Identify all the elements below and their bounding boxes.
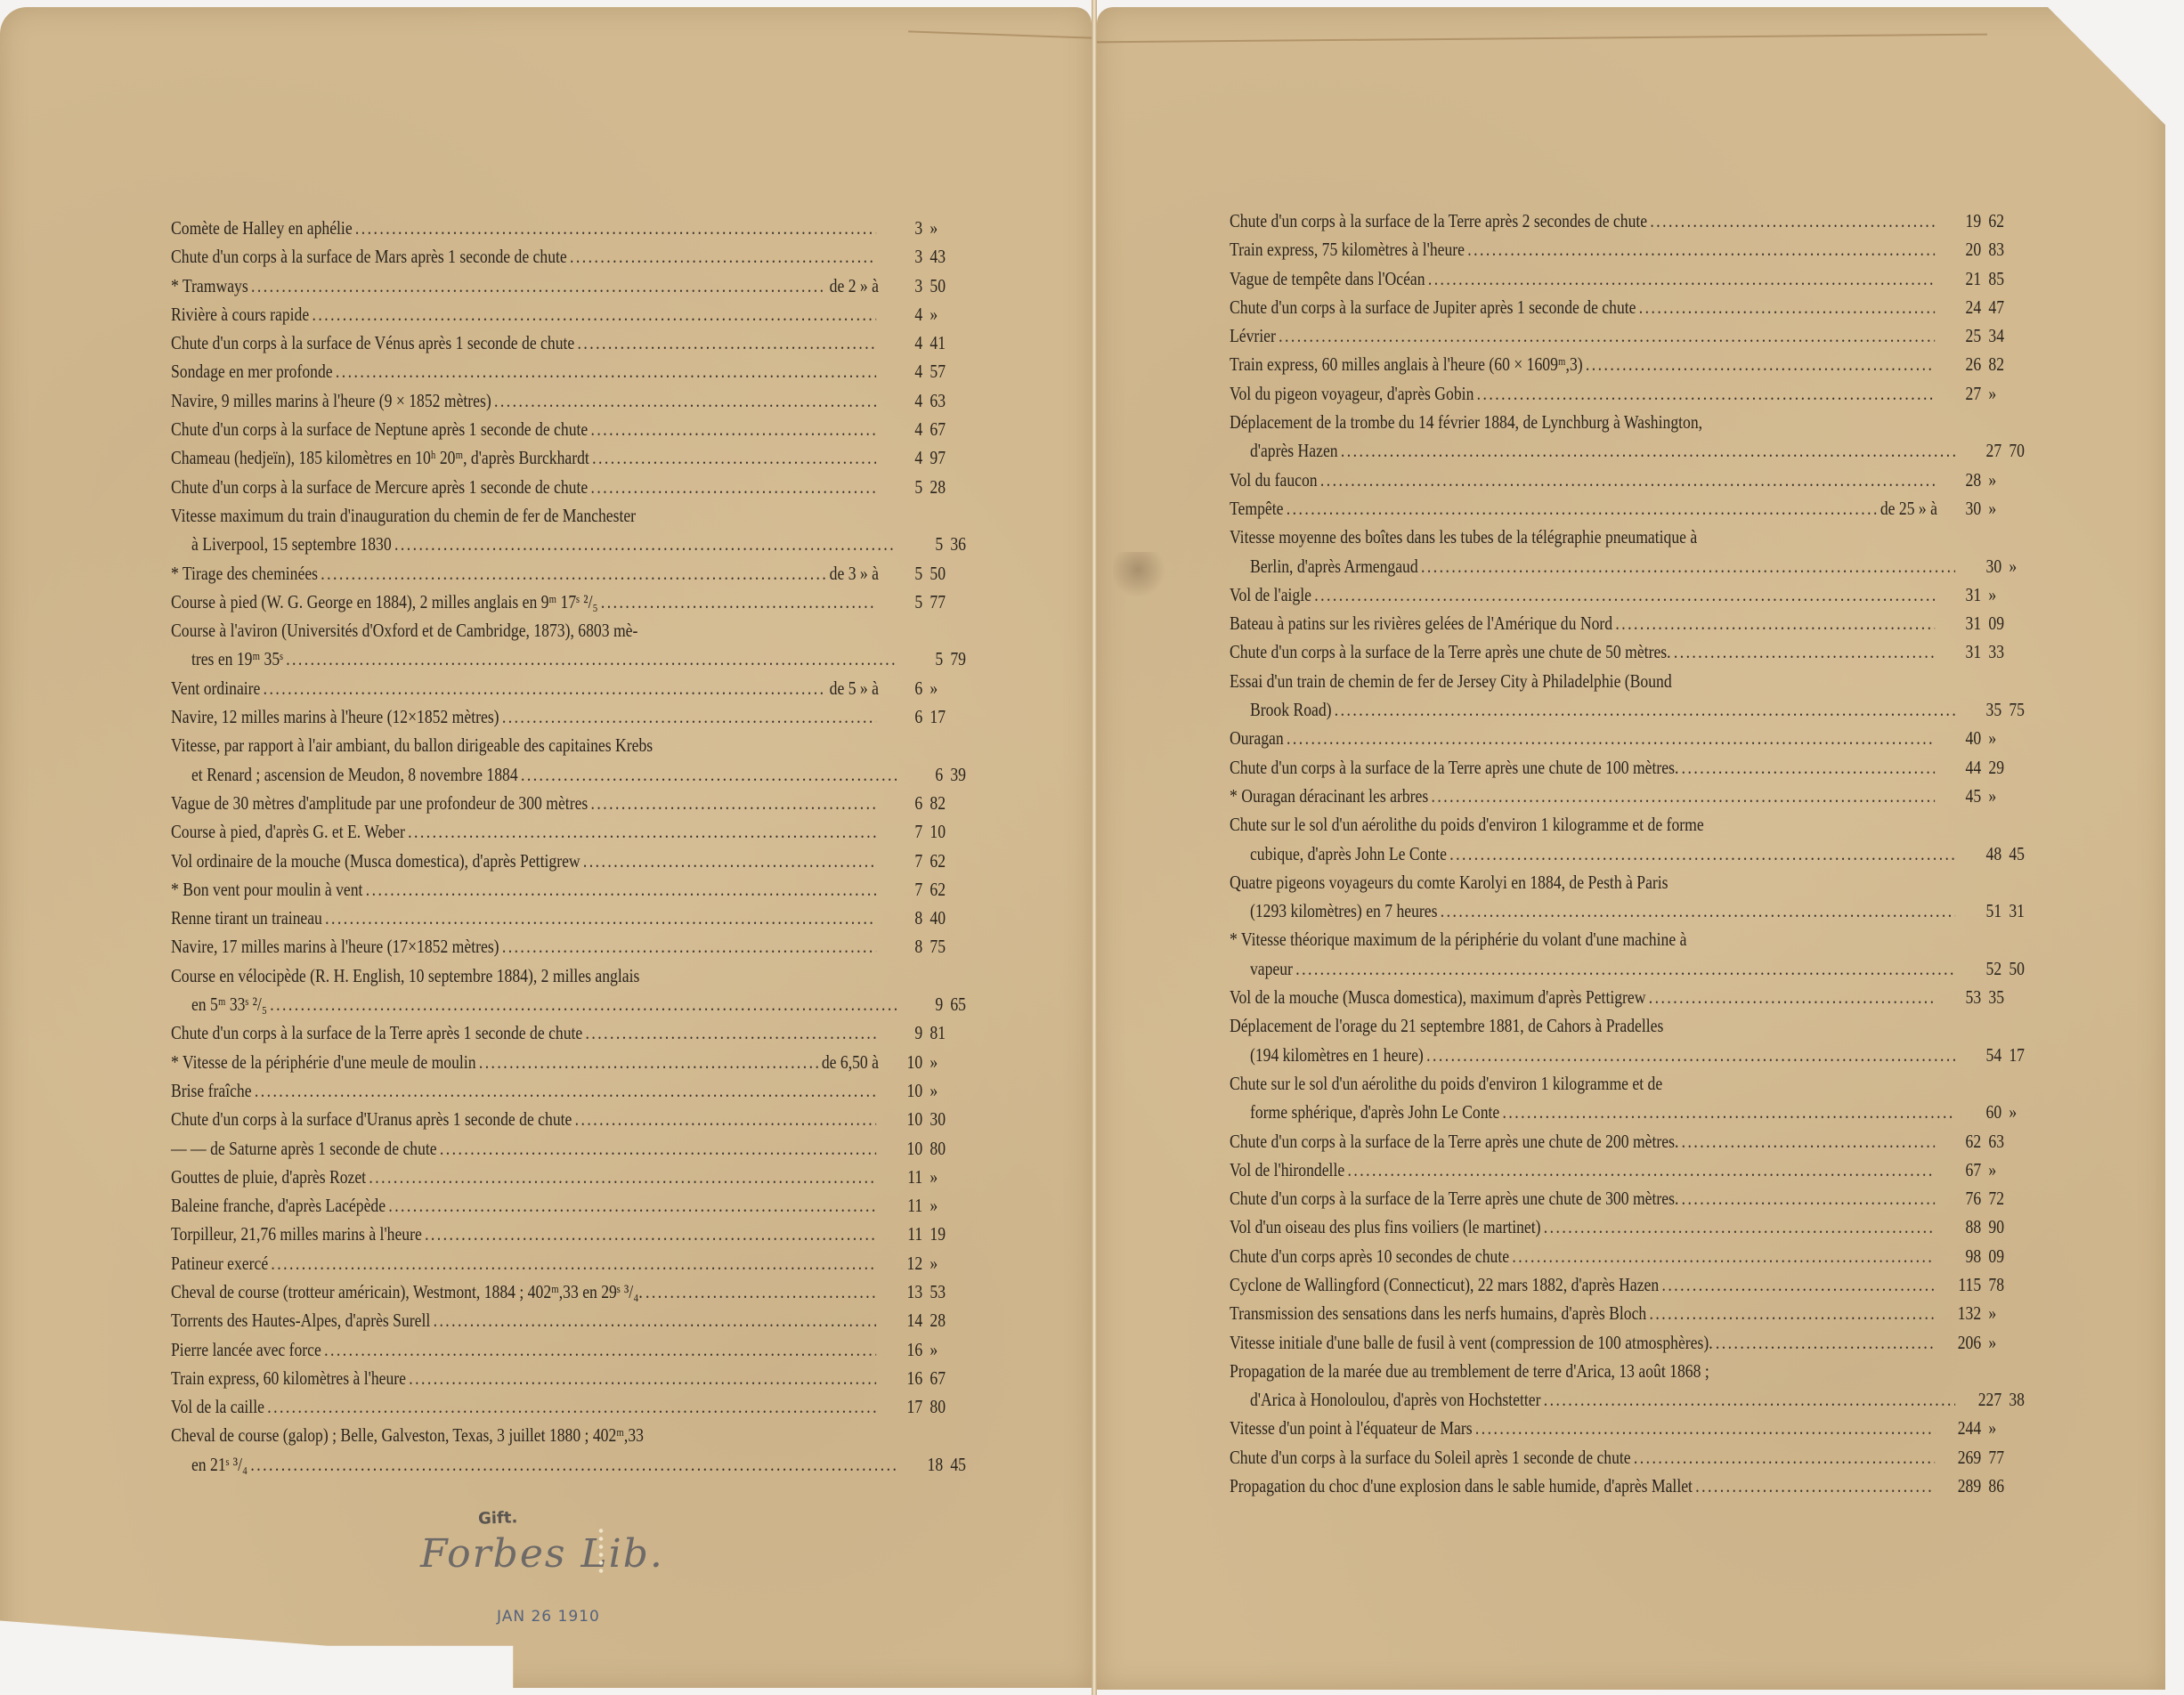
speed-value: 343 (893, 242, 950, 271)
speed-decimal: 38 (2009, 1385, 2029, 1414)
table-entry: Vitesse initiale d'une balle de fusil à … (1230, 1328, 2009, 1357)
speed-decimal: 77 (1988, 1443, 2009, 1472)
speed-decimal: 19 (930, 1220, 950, 1248)
entry-line: Chute d'un corps à la surface de la Terr… (1230, 753, 2009, 782)
entry-description: Train express, 60 milles anglais à l'heu… (1230, 350, 1583, 378)
speed-value: 5131 (1972, 896, 2029, 925)
dot-leader (1441, 896, 1955, 925)
table-entry: Transmission des sensations dans les ner… (1230, 1299, 2009, 1327)
speed-decimal: 41 (930, 328, 950, 357)
table-entry: Chute d'un corps après 10 secondes de ch… (1230, 1242, 2009, 1270)
dot-leader (586, 1018, 876, 1047)
speed-integer: 5 (913, 530, 943, 558)
entry-description: Chute d'un corps à la surface de la Terr… (1230, 637, 1671, 666)
speed-integer: 12 (893, 1249, 922, 1277)
entry-line: Vol de l'aigle31» (1230, 580, 2009, 609)
entry-description: Vitesse initiale d'une balle de fusil à … (1230, 1328, 1713, 1357)
dot-leader (270, 990, 896, 1018)
speed-integer: 289 (1952, 1472, 1981, 1500)
entry-description: en 5ᵐ 33ˢ ²/₅ (191, 990, 267, 1018)
table-entry: Ouragan40» (1230, 724, 2009, 752)
speed-value: 30» (1972, 552, 2029, 580)
speed-decimal: » (1988, 494, 2009, 523)
speed-value: 40» (1952, 724, 2009, 752)
entry-line: Sondage en mer profonde457 (171, 357, 950, 385)
dot-leader (355, 214, 876, 242)
table-entry: Vitesse d'un point à l'équateur de Mars2… (1230, 1414, 2009, 1442)
entry-description: Cyclone de Wallingford (Connecticut), 22… (1230, 1270, 1659, 1299)
entry-line: Vitesse maximum du train d'inauguration … (171, 501, 950, 530)
speed-value: 1780 (893, 1392, 950, 1421)
speed-integer: 4 (893, 443, 922, 472)
entry-line: Chute d'un corps à la surface de Jupiter… (1230, 293, 2009, 321)
table-entry: Chute d'un corps à la surface de Mars ap… (171, 242, 950, 271)
entry-description: Navire, 17 milles marins à l'heure (17×1… (171, 932, 499, 961)
speed-value: 11» (893, 1191, 950, 1220)
table-entry: Navire, 17 milles marins à l'heure (17×1… (171, 932, 950, 961)
speed-integer: 13 (893, 1277, 922, 1306)
dot-leader (494, 386, 876, 415)
speed-decimal: 65 (950, 990, 970, 1018)
speed-decimal: 62 (930, 875, 950, 904)
speed-decimal: 75 (930, 932, 950, 961)
range-prefix: de 6,50 à (822, 1048, 879, 1076)
entry-description: Chute d'un corps à la surface de Neptune… (171, 415, 588, 443)
dot-leader (583, 847, 876, 875)
table-entry: Vague de tempête dans l'Océan2185 (1230, 264, 2009, 293)
speed-decimal: » (930, 214, 950, 242)
speed-decimal: 28 (930, 1306, 950, 1334)
speed-value: 3109 (1952, 609, 2009, 637)
speed-integer: 24 (1952, 293, 1981, 321)
table-entry: Vol de l'aigle31» (1230, 580, 2009, 609)
entry-description: * Ouragan déracinant les arbres (1230, 782, 1428, 810)
entry-line: Patineur exercé12» (171, 1249, 950, 1277)
dot-leader (1320, 466, 1935, 494)
entry-line: Essai d'un train de chemin de fer de Jer… (1230, 667, 2009, 695)
speed-decimal: 10 (930, 817, 950, 846)
table-entry: Chute sur le sol d'un aérolithe du poids… (1230, 1069, 2009, 1127)
entry-line: * Tramwaysde 2 » à350 (171, 272, 950, 300)
table-entry: Train express, 60 milles anglais à l'heu… (1230, 350, 2009, 378)
speed-integer: 5 (893, 473, 922, 501)
entry-description: forme sphérique, d'après John Le Conte (1250, 1098, 1499, 1126)
entry-line: Chute sur le sol d'un aérolithe du poids… (1230, 1069, 2009, 1098)
dot-leader (1287, 724, 1935, 752)
speed-value: 132» (1952, 1299, 2009, 1327)
perforation-mark (597, 1527, 605, 1577)
entry-line: Vague de tempête dans l'Océan2185 (1230, 264, 2009, 293)
entry-line: Propagation du choc d'une explosion dans… (1230, 1472, 2009, 1500)
table-entry: Rivière à cours rapide4» (171, 300, 950, 328)
entry-description: Vol de la mouche (Musca domestica), maxi… (1230, 983, 1645, 1011)
entry-line: Chute sur le sol d'un aérolithe du poids… (1230, 810, 2009, 839)
dot-leader (1682, 1184, 1935, 1212)
speed-value: 11» (893, 1163, 950, 1191)
table-entry: Train express, 60 kilomètres à l'heure16… (171, 1364, 950, 1392)
speed-integer: 115 (1952, 1270, 1981, 1299)
entry-description: Navire, 9 milles marins à l'heure (9 × 1… (171, 386, 491, 415)
dot-leader (1661, 1270, 1934, 1299)
speed-decimal: 39 (950, 760, 970, 789)
entry-description: Renne tirant un traineau (171, 904, 322, 932)
entry-line: Pierre lancée avec force16» (171, 1335, 950, 1364)
speed-integer: 269 (1952, 1443, 1981, 1472)
speed-decimal: 50 (930, 272, 950, 300)
range-prefix: de 5 » à (830, 674, 879, 702)
speed-integer: 206 (1952, 1328, 1981, 1357)
entry-line: Déplacement de l'orage du 21 septembre 1… (1230, 1011, 2009, 1040)
speed-value: 2682 (1952, 350, 2009, 378)
entry-description: d'après Hazen (1250, 436, 1338, 465)
entry-continuation-line: (1293 kilomètres) en 7 heures5131 (1230, 896, 2029, 925)
dot-leader (1544, 1385, 1955, 1414)
entry-line: Vent ordinairede 5 » à6» (171, 674, 950, 702)
right-speed-table: Chute d'un corps à la surface de la Terr… (1230, 207, 2009, 1500)
table-entry: Chute sur le sol d'un aérolithe du poids… (1230, 810, 2009, 868)
entry-line: Cyclone de Wallingford (Connecticut), 22… (1230, 1270, 2009, 1299)
speed-decimal: » (1988, 1156, 2009, 1184)
entry-description: Chute sur le sol d'un aérolithe du poids… (1230, 1069, 1662, 1098)
entry-description: Lévrier (1230, 321, 1276, 350)
entry-description: d'Arica à Honoloulou, d'après von Hochst… (1250, 1385, 1541, 1414)
speed-value: 2770 (1972, 436, 2029, 465)
entry-description: Vague de tempête dans l'Océan (1230, 264, 1425, 293)
entry-description: à Liverpool, 15 septembre 1830 (191, 530, 392, 558)
speed-integer: 67 (1952, 1156, 1981, 1184)
table-entry: * Vitesse théorique maximum de la périph… (1230, 925, 2009, 983)
entry-description: Patineur exercé (171, 1249, 268, 1277)
entry-line: Chute d'un corps à la surface de Mercure… (171, 473, 950, 501)
speed-integer: 5 (893, 588, 922, 616)
table-entry: Chute d'un corps à la surface du Soleil … (1230, 1443, 2009, 1472)
speed-decimal: 62 (1988, 207, 2009, 235)
speed-value: 2083 (1952, 235, 2009, 264)
entry-description: Tempête (1230, 494, 1283, 523)
speed-integer: 98 (1952, 1242, 1981, 1270)
entry-line: Torrents des Hautes-Alpes, d'après Surel… (171, 1306, 950, 1334)
speed-decimal: 45 (950, 1450, 970, 1479)
entry-line: Vitesse d'un point à l'équateur de Mars2… (1230, 1414, 2009, 1442)
speed-value: 497 (893, 443, 950, 472)
entry-line: * Vitesse de la périphérie d'une meule d… (171, 1048, 950, 1076)
entry-description: Vitesse, par rapport à l'air ambiant, du… (171, 731, 653, 759)
speed-integer: 51 (1972, 896, 2001, 925)
speed-integer: 27 (1952, 379, 1981, 408)
speed-decimal: 77 (930, 588, 950, 616)
table-entry: Cheval de course (galop) ; Belle, Galves… (171, 1421, 950, 1479)
speed-integer: 4 (893, 415, 922, 443)
entry-line: Course en vélocipède (R. H. English, 10 … (171, 961, 950, 990)
speed-value: 1353 (893, 1277, 950, 1306)
speed-decimal: 78 (1988, 1270, 2009, 1299)
entry-description: Comète de Halley en aphélie (171, 214, 353, 242)
entry-line: Vitesse, par rapport à l'air ambiant, du… (171, 731, 950, 759)
dot-leader (502, 702, 876, 731)
table-entry: Vol d'un oiseau des plus fins voiliers (… (1230, 1212, 2009, 1241)
speed-decimal: » (930, 1335, 950, 1364)
table-entry: * Vitesse de la périphérie d'une meule d… (171, 1048, 950, 1076)
dot-leader (250, 1450, 896, 1479)
dot-leader (1314, 580, 1934, 609)
speed-decimal: 35 (1988, 983, 2009, 1011)
entry-description: Sondage en mer profonde (171, 357, 333, 385)
speed-value: 577 (893, 588, 950, 616)
speed-decimal: 47 (1988, 293, 2009, 321)
table-entry: Lévrier2534 (1230, 321, 2009, 350)
dot-leader (521, 760, 897, 789)
dot-leader (1615, 609, 1934, 637)
speed-integer: 4 (893, 357, 922, 385)
entry-description: * Tirage des cheminées (171, 559, 318, 588)
entry-description: Course à l'aviron (Universités d'Oxford … (171, 616, 637, 645)
table-entry: Déplacement de l'orage du 21 septembre 1… (1230, 1011, 2009, 1069)
table-entry: Chute d'un corps à la surface de Vénus a… (171, 328, 950, 357)
entry-description: Vol ordinaire de la mouche (Musca domest… (171, 847, 581, 875)
entry-description: * Tramways (171, 272, 248, 300)
entry-line: Chameau (hedjeïn), 185 kilomètres en 10ʰ… (171, 443, 950, 472)
speed-value: 981 (893, 1018, 950, 1047)
speed-value: 2534 (1952, 321, 2009, 350)
speed-integer: 11 (893, 1163, 922, 1191)
entry-line: Ouragan40» (1230, 724, 2009, 752)
speed-integer: 44 (1952, 753, 1981, 782)
entry-line: Chute d'un corps à la surface de Mars ap… (171, 242, 950, 271)
table-entry: Course à pied, d'après G. et E. Weber710 (171, 817, 950, 846)
speed-integer: 4 (893, 386, 922, 415)
table-entry: Cheval de course (trotteur américain), W… (171, 1277, 950, 1306)
entry-line: Gouttes de pluie, d'après Rozet11» (171, 1163, 950, 1191)
speed-value: 27» (1952, 379, 2009, 408)
dot-leader (1512, 1242, 1934, 1270)
speed-decimal: 70 (2009, 436, 2029, 465)
dot-leader (325, 904, 876, 932)
speed-integer: 6 (893, 789, 922, 817)
entry-description: Course en vélocipède (R. H. English, 10 … (171, 961, 639, 990)
speed-decimal: 30 (930, 1105, 950, 1133)
entry-line: Chute d'un corps à la surface de la Terr… (171, 1018, 950, 1047)
speed-decimal: 81 (930, 1018, 950, 1047)
speed-decimal: » (1988, 1414, 2009, 1442)
speed-value: 22738 (1972, 1385, 2029, 1414)
entry-description: (1293 kilomètres) en 7 heures (1250, 896, 1438, 925)
speed-decimal: 83 (1988, 235, 2009, 264)
dot-leader (1431, 782, 1934, 810)
speed-decimal: 40 (930, 904, 950, 932)
table-entry: Patineur exercé12» (171, 1249, 950, 1277)
table-entry: Course en vélocipède (R. H. English, 10 … (171, 961, 950, 1019)
entry-line: Chute d'un corps après 10 secondes de ch… (1230, 1242, 2009, 1270)
entry-description: Brise fraîche (171, 1076, 252, 1105)
dot-leader (255, 1076, 876, 1105)
entry-description: Train express, 60 kilomètres à l'heure (171, 1364, 406, 1392)
speed-integer: 17 (893, 1392, 922, 1421)
speed-decimal: 33 (1988, 637, 2009, 666)
speed-value: 965 (913, 990, 970, 1018)
entry-description: (194 kilomètres en 1 heure) (1250, 1041, 1424, 1069)
entry-line: Transmission des sensations dans les ner… (1230, 1299, 2009, 1327)
entry-description: Déplacement de la trombe du 14 février 1… (1230, 408, 1702, 436)
speed-value: 536 (913, 530, 970, 558)
page-fold (1092, 0, 1097, 1695)
speed-integer: 18 (913, 1450, 943, 1479)
speed-value: 875 (893, 932, 950, 961)
entry-description: Rivière à cours rapide (171, 300, 309, 328)
speed-decimal: 09 (1988, 609, 2009, 637)
speed-value: 12» (893, 1249, 950, 1277)
speed-value: 7672 (1952, 1184, 2009, 1212)
speed-value: 4429 (1952, 753, 2009, 782)
speed-integer: 5 (893, 559, 922, 588)
entry-line: Vitesse initiale d'une balle de fusil à … (1230, 1328, 2009, 1357)
entry-description: — — de Saturne après 1 seconde de chute (171, 1134, 437, 1163)
table-entry: Chute d'un corps à la surface de la Terr… (1230, 207, 2009, 235)
speed-decimal: 90 (1988, 1212, 2009, 1241)
dot-leader (321, 559, 826, 588)
speed-integer: 31 (1952, 637, 1981, 666)
dot-leader (479, 1048, 819, 1076)
speed-decimal: » (1988, 379, 2009, 408)
entry-description: Chute d'un corps à la surface de Mercure… (171, 473, 588, 501)
speed-integer: 52 (1972, 954, 2001, 983)
entry-description: Vol de l'aigle (1230, 580, 1311, 609)
entry-line: Course à l'aviron (Universités d'Oxford … (171, 616, 950, 645)
speed-decimal: 50 (930, 559, 950, 588)
speed-decimal: 97 (930, 443, 950, 472)
table-entry: Renne tirant un traineau840 (171, 904, 950, 932)
entry-line: Course à pied, d'après G. et E. Weber710 (171, 817, 950, 846)
speed-integer: 27 (1972, 436, 2001, 465)
entry-line: Déplacement de la trombe du 14 février 1… (1230, 408, 2009, 436)
table-entry: Course à l'aviron (Universités d'Oxford … (171, 616, 950, 674)
dot-leader (1467, 235, 1934, 264)
entry-line: Vol du faucon28» (1230, 466, 2009, 494)
entry-continuation-line: et Renard ; ascension de Meudon, 8 novem… (171, 760, 970, 789)
table-entry: * Bon vent pour moulin à vent762 (171, 875, 950, 904)
table-entry: Vol de la caille1780 (171, 1392, 950, 1421)
dot-leader (1347, 1156, 1934, 1184)
entry-line: Renne tirant un traineau840 (171, 904, 950, 932)
speed-value: 28» (1952, 466, 2009, 494)
dot-leader (1649, 983, 1935, 1011)
entry-line: Chute d'un corps à la surface de Neptune… (171, 415, 950, 443)
table-entry: Chute d'un corps à la surface de Jupiter… (1230, 293, 2009, 321)
table-entry: Gouttes de pluie, d'après Rozet11» (171, 1163, 950, 1191)
dot-leader (267, 1392, 875, 1421)
speed-value: 2185 (1952, 264, 2009, 293)
entry-continuation-line: cubique, d'après John Le Conte4845 (1230, 839, 2029, 868)
speed-value: 4845 (1972, 839, 2029, 868)
speed-value: 5335 (1952, 983, 2009, 1011)
speed-integer: 14 (893, 1306, 922, 1334)
entry-line: Baleine franche, d'après Lacépède11» (171, 1191, 950, 1220)
entry-line: Vol ordinaire de la mouche (Musca domest… (171, 847, 950, 875)
table-entry: Chute d'un corps à la surface de la Terr… (1230, 753, 2009, 782)
table-entry: * Tramwaysde 2 » à350 (171, 272, 950, 300)
speed-value: 1080 (893, 1134, 950, 1163)
table-entry: Propagation du choc d'une explosion dans… (1230, 1472, 2009, 1500)
speed-integer: 76 (1952, 1184, 1981, 1212)
table-entry: Chute d'un corps à la surface de Neptune… (171, 415, 950, 443)
entry-line: Train express, 75 kilomètres à l'heure20… (1230, 235, 2009, 264)
speed-integer: 62 (1952, 1127, 1981, 1156)
entry-description: Quatre pigeons voyageurs du comte Karoly… (1230, 868, 1668, 896)
dot-leader (394, 530, 897, 558)
table-entry: Vol de l'hirondelle67» (1230, 1156, 2009, 1184)
speed-value: 617 (893, 702, 950, 731)
entry-line: Chute d'un corps à la surface de la Terr… (1230, 637, 2009, 666)
entry-line: Navire, 17 milles marins à l'heure (17×1… (171, 932, 950, 961)
entry-description: Vent ordinaire (171, 674, 260, 702)
speed-decimal: 82 (930, 789, 950, 817)
entry-line: * Ouragan déracinant les arbres45» (1230, 782, 2009, 810)
speed-integer: 26 (1952, 350, 1981, 378)
speed-value: 31» (1952, 580, 2009, 609)
entry-line: Vol du pigeon voyageur, d'après Gobin27» (1230, 379, 2009, 408)
speed-value: 1030 (893, 1105, 950, 1133)
speed-value: 762 (893, 847, 950, 875)
table-entry: Vol ordinaire de la mouche (Musca domest… (171, 847, 950, 875)
speed-value: 206» (1952, 1328, 2009, 1357)
speed-value: 1962 (1952, 207, 2009, 235)
speed-integer: 30 (1972, 552, 2001, 580)
dot-leader (1682, 1127, 1935, 1156)
speed-decimal: 67 (930, 415, 950, 443)
speed-value: 10» (893, 1076, 950, 1105)
speed-decimal: 85 (1988, 264, 2009, 293)
dot-leader (1295, 954, 1954, 983)
speed-integer: 244 (1952, 1414, 1981, 1442)
table-entry: Essai d'un train de chemin de fer de Jer… (1230, 667, 2009, 725)
speed-value: 9809 (1952, 1242, 2009, 1270)
range-prefix: de 3 » à (830, 559, 879, 588)
dot-leader (264, 674, 827, 702)
speed-value: 441 (893, 328, 950, 357)
table-entry: Vitesse moyenne des boîtes dans les tube… (1230, 523, 2009, 580)
entry-continuation-line: en 21ˢ ³/₄1845 (171, 1450, 970, 1479)
dot-leader (369, 1163, 875, 1191)
entry-line: Chute d'un corps à la surface de Vénus a… (171, 328, 950, 357)
speed-integer: 31 (1952, 609, 1981, 637)
speed-value: 639 (913, 760, 970, 789)
speed-integer: 21 (1952, 264, 1981, 293)
speed-decimal: 63 (1988, 1127, 2009, 1156)
dot-leader (1475, 1414, 1935, 1442)
entry-description: Transmission des sensations dans les ner… (1230, 1299, 1646, 1327)
table-entry: Vitesse maximum du train d'inauguration … (171, 501, 950, 559)
entry-description: Train express, 75 kilomètres à l'heure (1230, 235, 1465, 264)
speed-value: 45» (1952, 782, 2009, 810)
dot-leader (1279, 321, 1935, 350)
dot-leader (645, 1277, 876, 1306)
dot-leader (251, 272, 826, 300)
speed-integer: 7 (893, 847, 922, 875)
speed-value: 3133 (1952, 637, 2009, 666)
speed-integer: 7 (893, 875, 922, 904)
entry-description: Chute d'un corps à la surface de la Terr… (1230, 753, 1678, 782)
dot-leader (324, 1335, 876, 1364)
entry-continuation-line: à Liverpool, 15 septembre 1830536 (171, 530, 970, 558)
dot-leader (1335, 695, 1955, 724)
dot-leader (1634, 1443, 1935, 1472)
table-entry: Quatre pigeons voyageurs du comte Karoly… (1230, 868, 2009, 926)
speed-integer: 5 (913, 645, 943, 673)
dot-leader (591, 789, 876, 817)
speed-decimal: 36 (950, 530, 970, 558)
speed-decimal: 57 (930, 357, 950, 385)
date-stamp: JAN 26 1910 (497, 1608, 600, 1626)
speed-integer: 9 (893, 1018, 922, 1047)
